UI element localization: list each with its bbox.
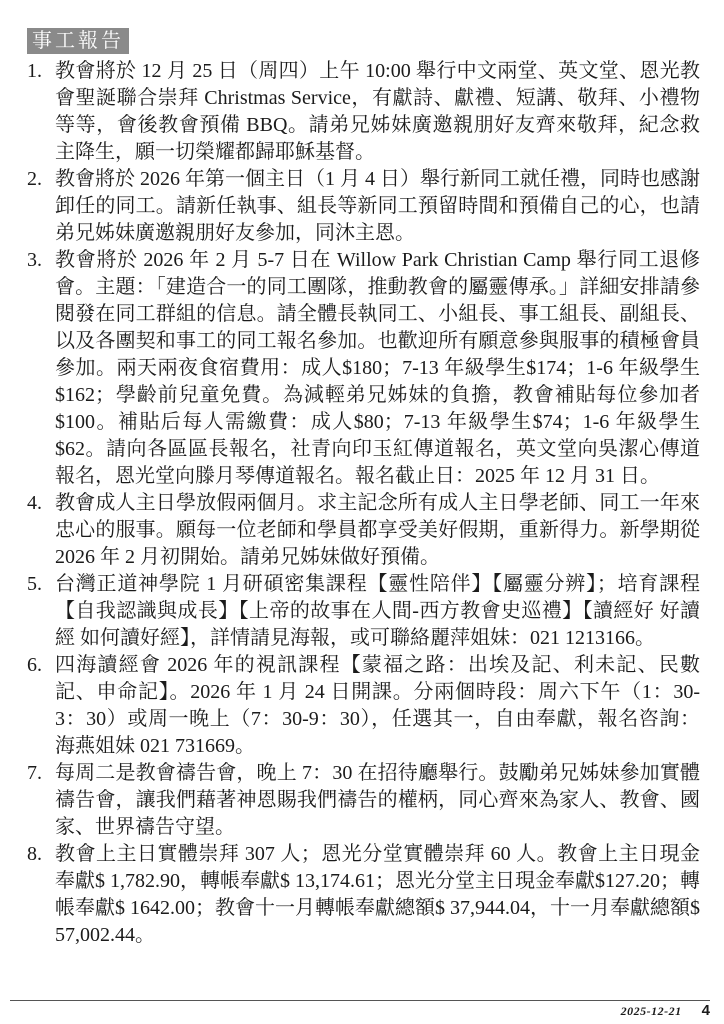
report-item-5: 5. 台灣正道神學院 1 月研碩密集課程【靈性陪伴】【屬靈分辨】；培育課程【自我…	[27, 571, 700, 652]
report-item-6: 6. 四海讀經會 2026 年的視訊課程【蒙福之路：出埃及記、利未記、民數記、申…	[27, 652, 700, 760]
footer-date: 2025-12-21	[621, 1004, 682, 1018]
page-title: 事工報告	[27, 28, 129, 54]
item-text: 每周二是教會禱告會，晚上 7：30 在招待廳舉行。鼓勵弟兄姊妹參加實體禱告會，讓…	[55, 762, 700, 838]
item-number: 8.	[27, 841, 53, 868]
report-item-1: 1. 教會將於 12 月 25 日（周四）上午 10:00 舉行中文兩堂、英文堂…	[27, 58, 700, 166]
footer-page-number: 4	[702, 1002, 710, 1019]
report-list: 1. 教會將於 12 月 25 日（周四）上午 10:00 舉行中文兩堂、英文堂…	[27, 58, 700, 949]
item-number: 7.	[27, 760, 53, 787]
item-number: 6.	[27, 652, 53, 679]
report-item-3: 3. 教會將於 2026 年 2 月 5-7 日在 Willow Park Ch…	[27, 247, 700, 490]
item-number: 4.	[27, 490, 53, 517]
report-item-7: 7. 每周二是教會禱告會，晚上 7：30 在招待廳舉行。鼓勵弟兄姊妹參加實體禱告…	[27, 760, 700, 841]
report-item-4: 4. 教會成人主日學放假兩個月。求主記念所有成人主日學老師、同工一年來忠心的服事…	[27, 490, 700, 571]
item-text: 教會將於 2026 年 2 月 5-7 日在 Willow Park Chris…	[55, 249, 700, 487]
item-text: 四海讀經會 2026 年的視訊課程【蒙福之路：出埃及記、利未記、民數記、申命記】…	[55, 654, 700, 757]
bulletin-page: 事工報告 1. 教會將於 12 月 25 日（周四）上午 10:00 舉行中文兩…	[27, 28, 700, 949]
report-item-8: 8. 教會上主日實體崇拜 307 人；恩光分堂實體崇拜 60 人。教會上主日現金…	[27, 841, 700, 949]
item-number: 1.	[27, 58, 53, 85]
item-text: 教會成人主日學放假兩個月。求主記念所有成人主日學老師、同工一年來忠心的服事。願每…	[55, 492, 700, 568]
item-number: 2.	[27, 166, 53, 193]
page-footer: 2025-12-21 4	[10, 1000, 710, 1020]
item-text: 教會將於 2026 年第一個主日（1 月 4 日）舉行新同工就任禮，同時也感謝卸…	[55, 168, 700, 244]
item-text: 台灣正道神學院 1 月研碩密集課程【靈性陪伴】【屬靈分辨】；培育課程【自我認識與…	[55, 573, 700, 649]
item-number: 5.	[27, 571, 53, 598]
item-text: 教會上主日實體崇拜 307 人；恩光分堂實體崇拜 60 人。教會上主日現金奉獻$…	[55, 843, 700, 946]
item-text: 教會將於 12 月 25 日（周四）上午 10:00 舉行中文兩堂、英文堂、恩光…	[55, 60, 700, 163]
item-number: 3.	[27, 247, 53, 274]
report-item-2: 2. 教會將於 2026 年第一個主日（1 月 4 日）舉行新同工就任禮，同時也…	[27, 166, 700, 247]
